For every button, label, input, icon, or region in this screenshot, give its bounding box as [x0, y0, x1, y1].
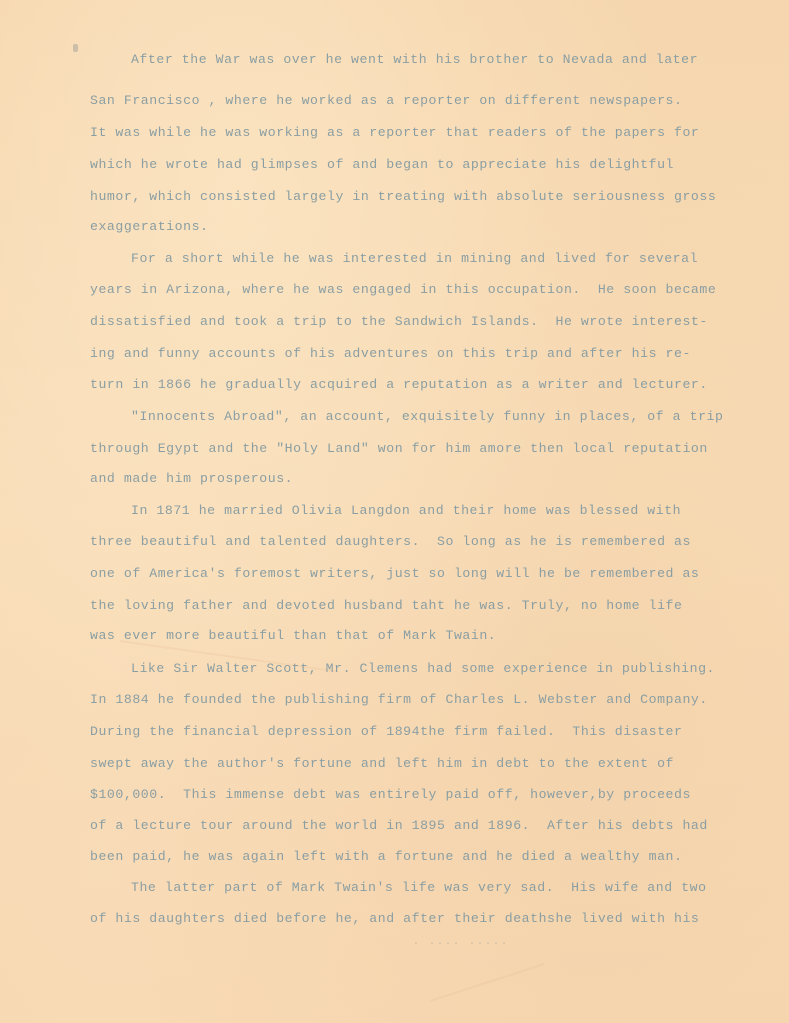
text-line: In 1884 he founded the publishing firm o…: [90, 691, 708, 709]
text-line: dissatisfied and took a trip to the Sand…: [90, 313, 708, 331]
text-line: exaggerations.: [90, 218, 209, 236]
text-line: and made him prosperous.: [90, 470, 293, 488]
text-line: three beautiful and talented daughters. …: [90, 533, 691, 551]
text-line: San Francisco , where he worked as a rep…: [90, 92, 682, 110]
text-line: Like Sir Walter Scott, Mr. Clemens had s…: [131, 660, 715, 678]
text-line: swept away the author's fortune and left…: [90, 755, 674, 773]
text-line: years in Arizona, where he was engaged i…: [90, 281, 716, 299]
text-line: ing and funny accounts of his adventures…: [90, 345, 691, 363]
faint-footer-mark: · ···· ·····: [413, 939, 509, 950]
text-line: $100,000. This immense debt was entirely…: [90, 786, 691, 804]
text-line: "Innocents Abroad", an account, exquisit…: [131, 408, 723, 426]
text-line: was ever more beautiful than that of Mar…: [90, 627, 496, 645]
text-line: humor, which consisted largely in treati…: [90, 188, 716, 206]
text-line: been paid, he was again left with a fort…: [90, 848, 682, 866]
paper-crease: [430, 963, 545, 1002]
text-line: It was while he was working as a reporte…: [90, 124, 699, 142]
text-line: the loving father and devoted husband ta…: [90, 597, 682, 615]
paper-mark: [73, 44, 78, 52]
text-line: For a short while he was interested in m…: [131, 250, 698, 268]
text-line: The latter part of Mark Twain's life was…: [131, 879, 707, 897]
text-line: During the financial depression of 1894t…: [90, 723, 682, 741]
text-line: of his daughters died before he, and aft…: [90, 910, 699, 928]
text-line: through Egypt and the "Holy Land" won fo…: [90, 440, 708, 458]
text-line: turn in 1866 he gradually acquired a rep…: [90, 376, 708, 394]
text-line: After the War was over he went with his …: [131, 51, 698, 69]
text-line: of a lecture tour around the world in 18…: [90, 817, 708, 835]
document-page: After the War was over he went with his …: [0, 0, 789, 1023]
text-line: In 1871 he married Olivia Langdon and th…: [131, 502, 681, 520]
text-line: one of America's foremost writers, just …: [90, 565, 699, 583]
text-line: which he wrote had glimpses of and began…: [90, 156, 674, 174]
